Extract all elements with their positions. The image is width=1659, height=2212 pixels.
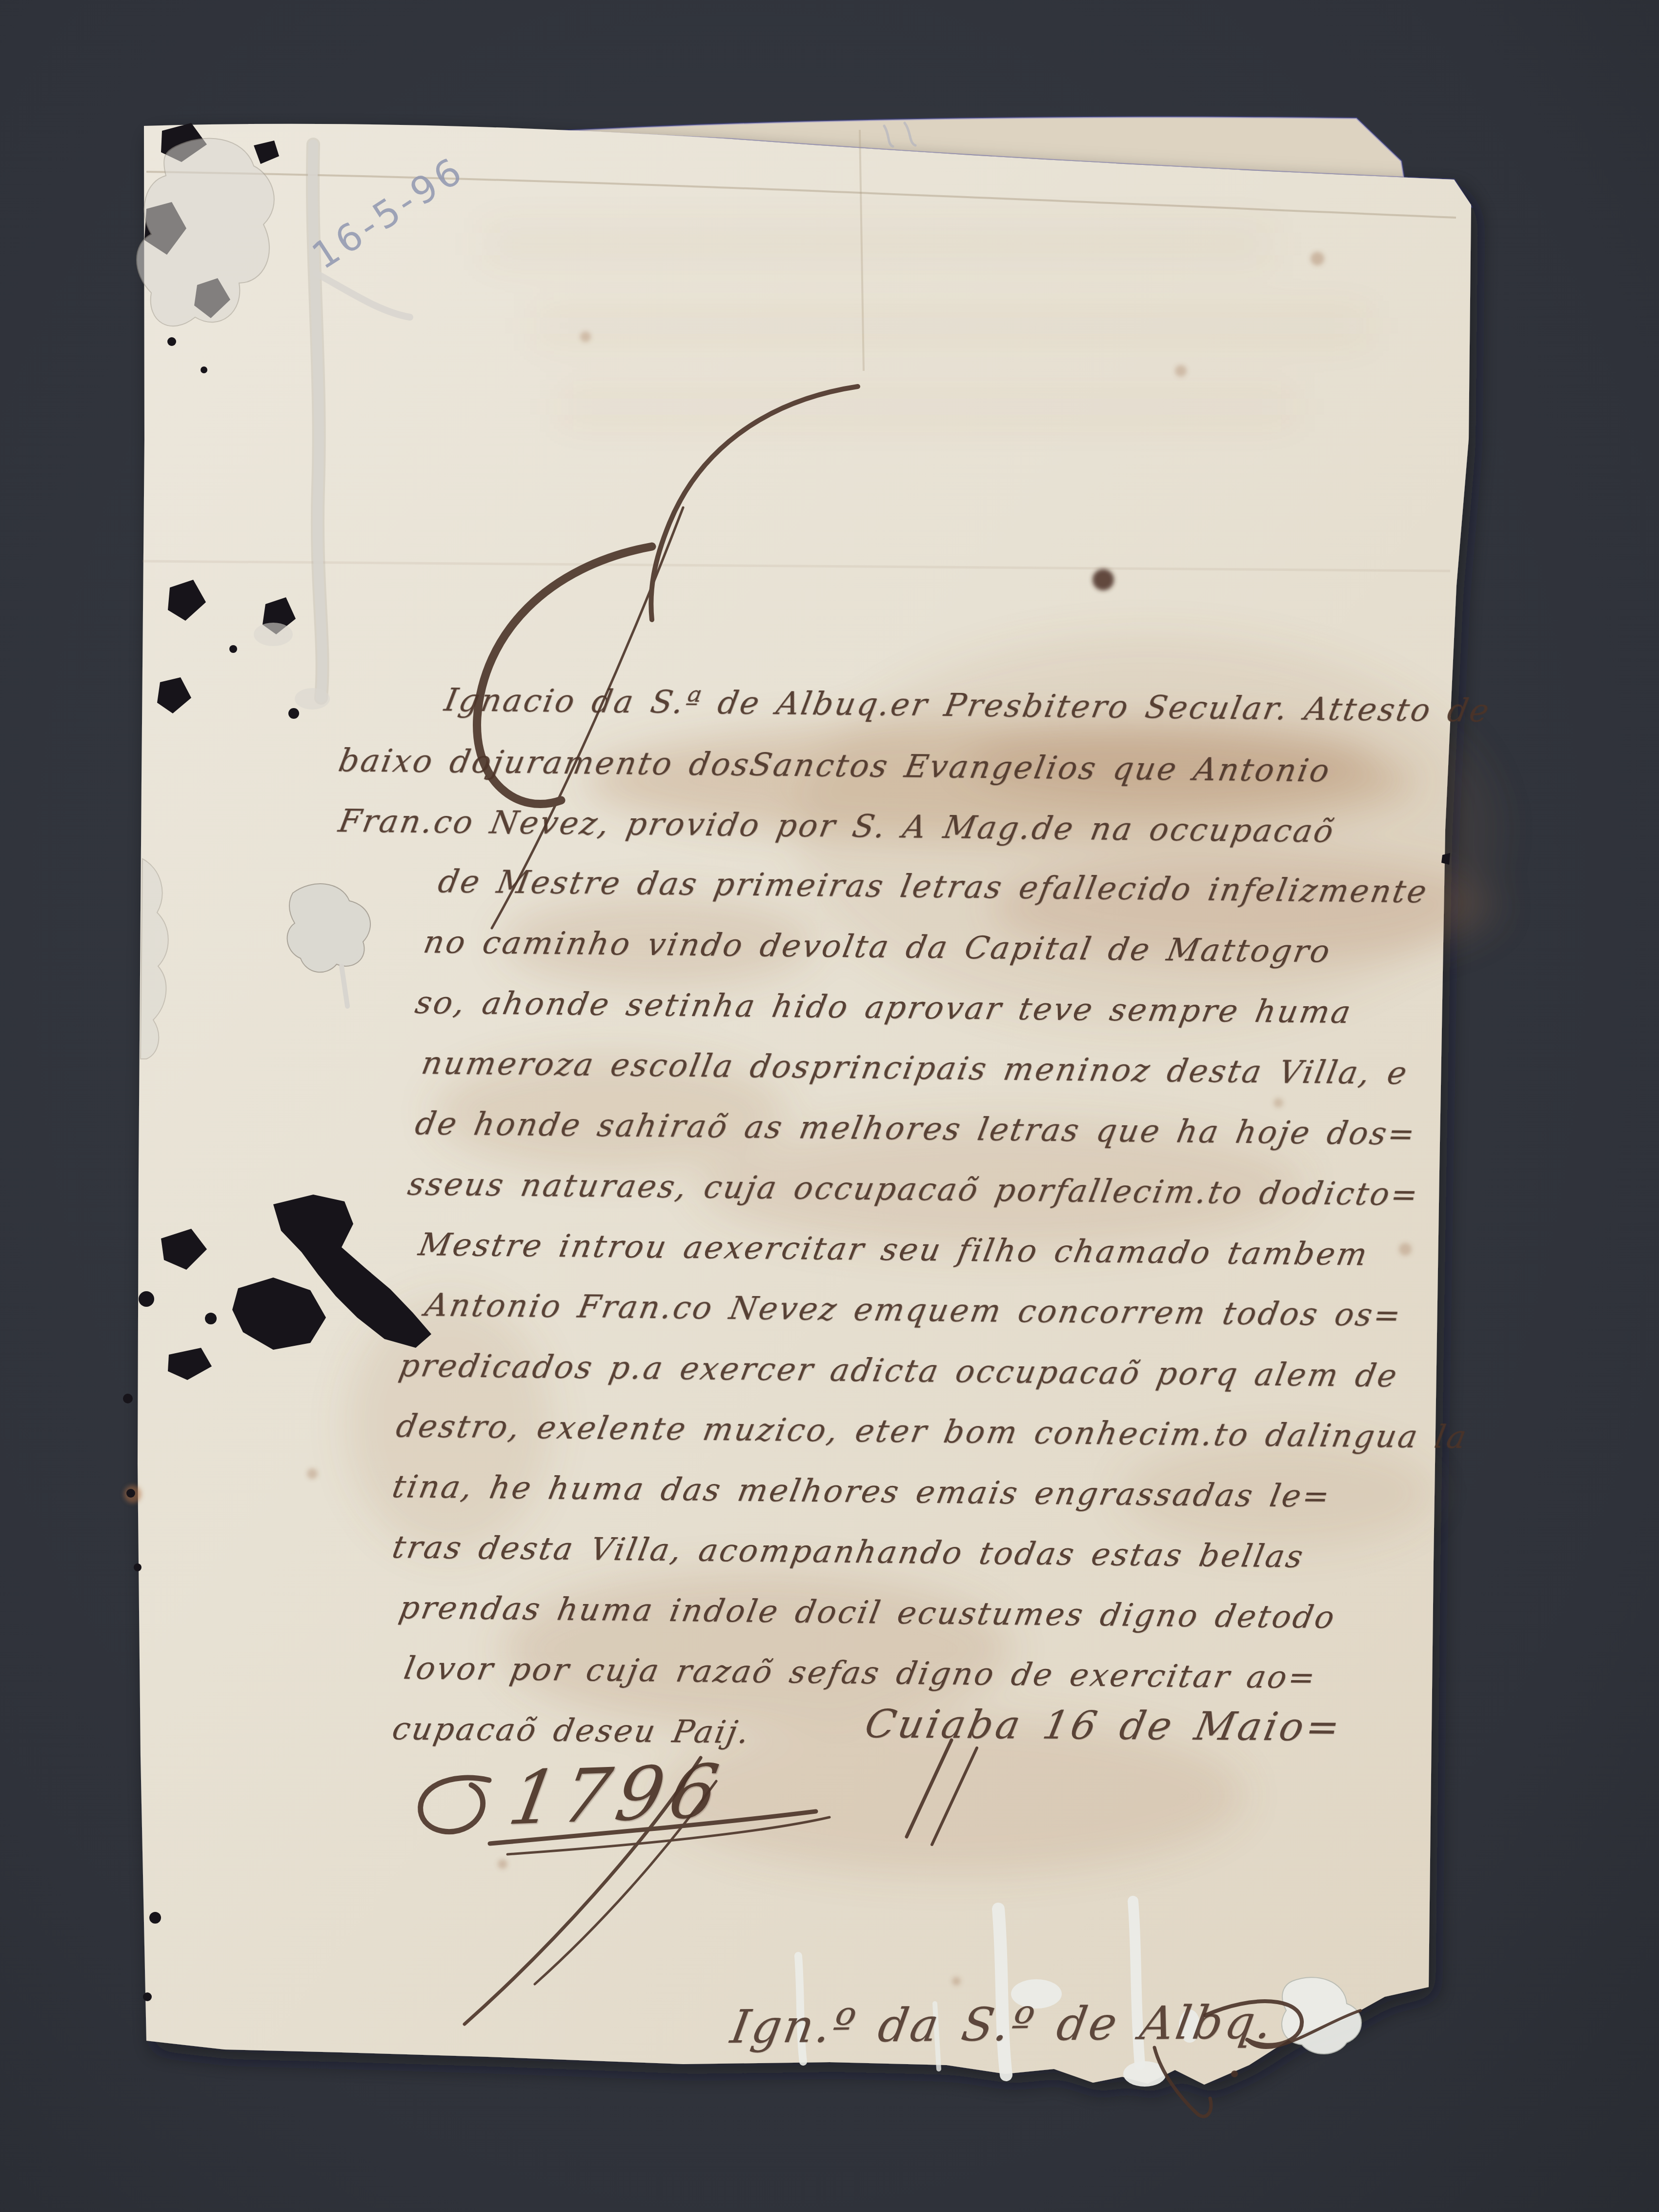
paper-artwork [0, 0, 1659, 2212]
closing-line-left: cupacaõ deseu Paij. [389, 1711, 754, 1751]
closing-place-date: Cuiaba 16 de Maio= [861, 1701, 1347, 1750]
year-figure: 1796 [503, 1749, 731, 1842]
signature-dot [1231, 2070, 1238, 2077]
manuscript-photo: 16-5-96 Ignacio da S.ª de Albuq.er Presb… [0, 0, 1659, 2212]
signature: Ign.º da S.º de Albq. [727, 1996, 1278, 2054]
